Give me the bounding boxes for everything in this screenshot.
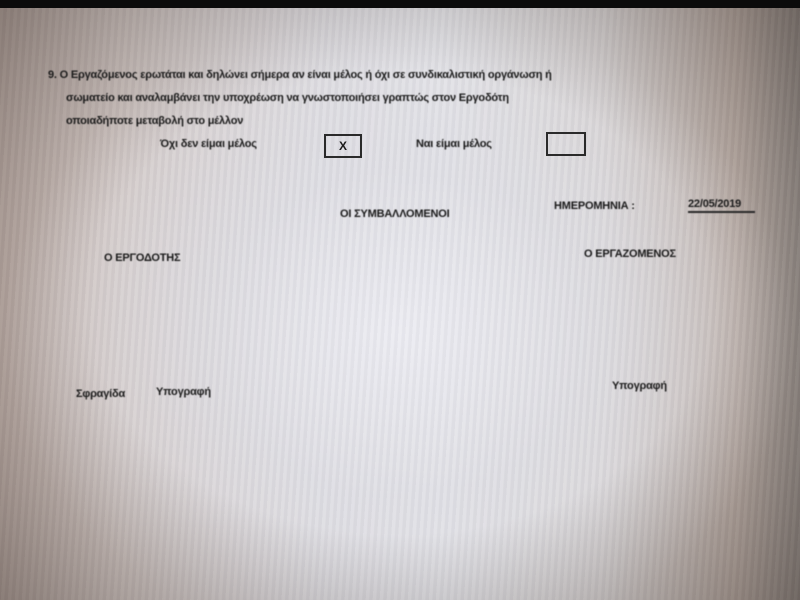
date-label: ΗΜΕΡΟΜΗΝΙΑ : (554, 200, 635, 212)
not-member-label: Όχι δεν είμαι μέλος (160, 138, 257, 150)
document-page: 9. Ο Εργαζόμενος ερωτάται και δηλώνει σή… (0, 8, 800, 600)
clause-line-3: οποιαδήποτε μεταβολή στο μέλλον (48, 110, 552, 133)
clause-9: 9. Ο Εργαζόμενος ερωτάται και δηλώνει σή… (48, 64, 552, 133)
clause-line-2: σωματείο και αναλαμβάνει την υποχρέωση ν… (48, 87, 552, 110)
member-label: Ναι είμαι μέλος (416, 138, 492, 150)
not-member-checkbox[interactable]: X (324, 134, 362, 158)
employer-heading: Ο ΕΡΓΟΔΟΤΗΣ (104, 252, 180, 264)
employer-stamp-label: Σφραγίδα (76, 388, 125, 400)
clause-line-1: 9. Ο Εργαζόμενος ερωτάται και δηλώνει σή… (48, 64, 552, 87)
employee-heading: Ο ΕΡΓΑΖΟΜΕΝΟΣ (584, 248, 676, 260)
employee-signature-label: Υπογραφή (612, 380, 667, 392)
date-value: 22/05/2019 (688, 198, 755, 213)
member-checkbox[interactable] (546, 132, 586, 156)
employer-signature-label: Υπογραφή (156, 386, 211, 398)
parties-heading: ΟΙ ΣΥΜΒΑΛΛΟΜΕΝΟΙ (340, 208, 449, 220)
